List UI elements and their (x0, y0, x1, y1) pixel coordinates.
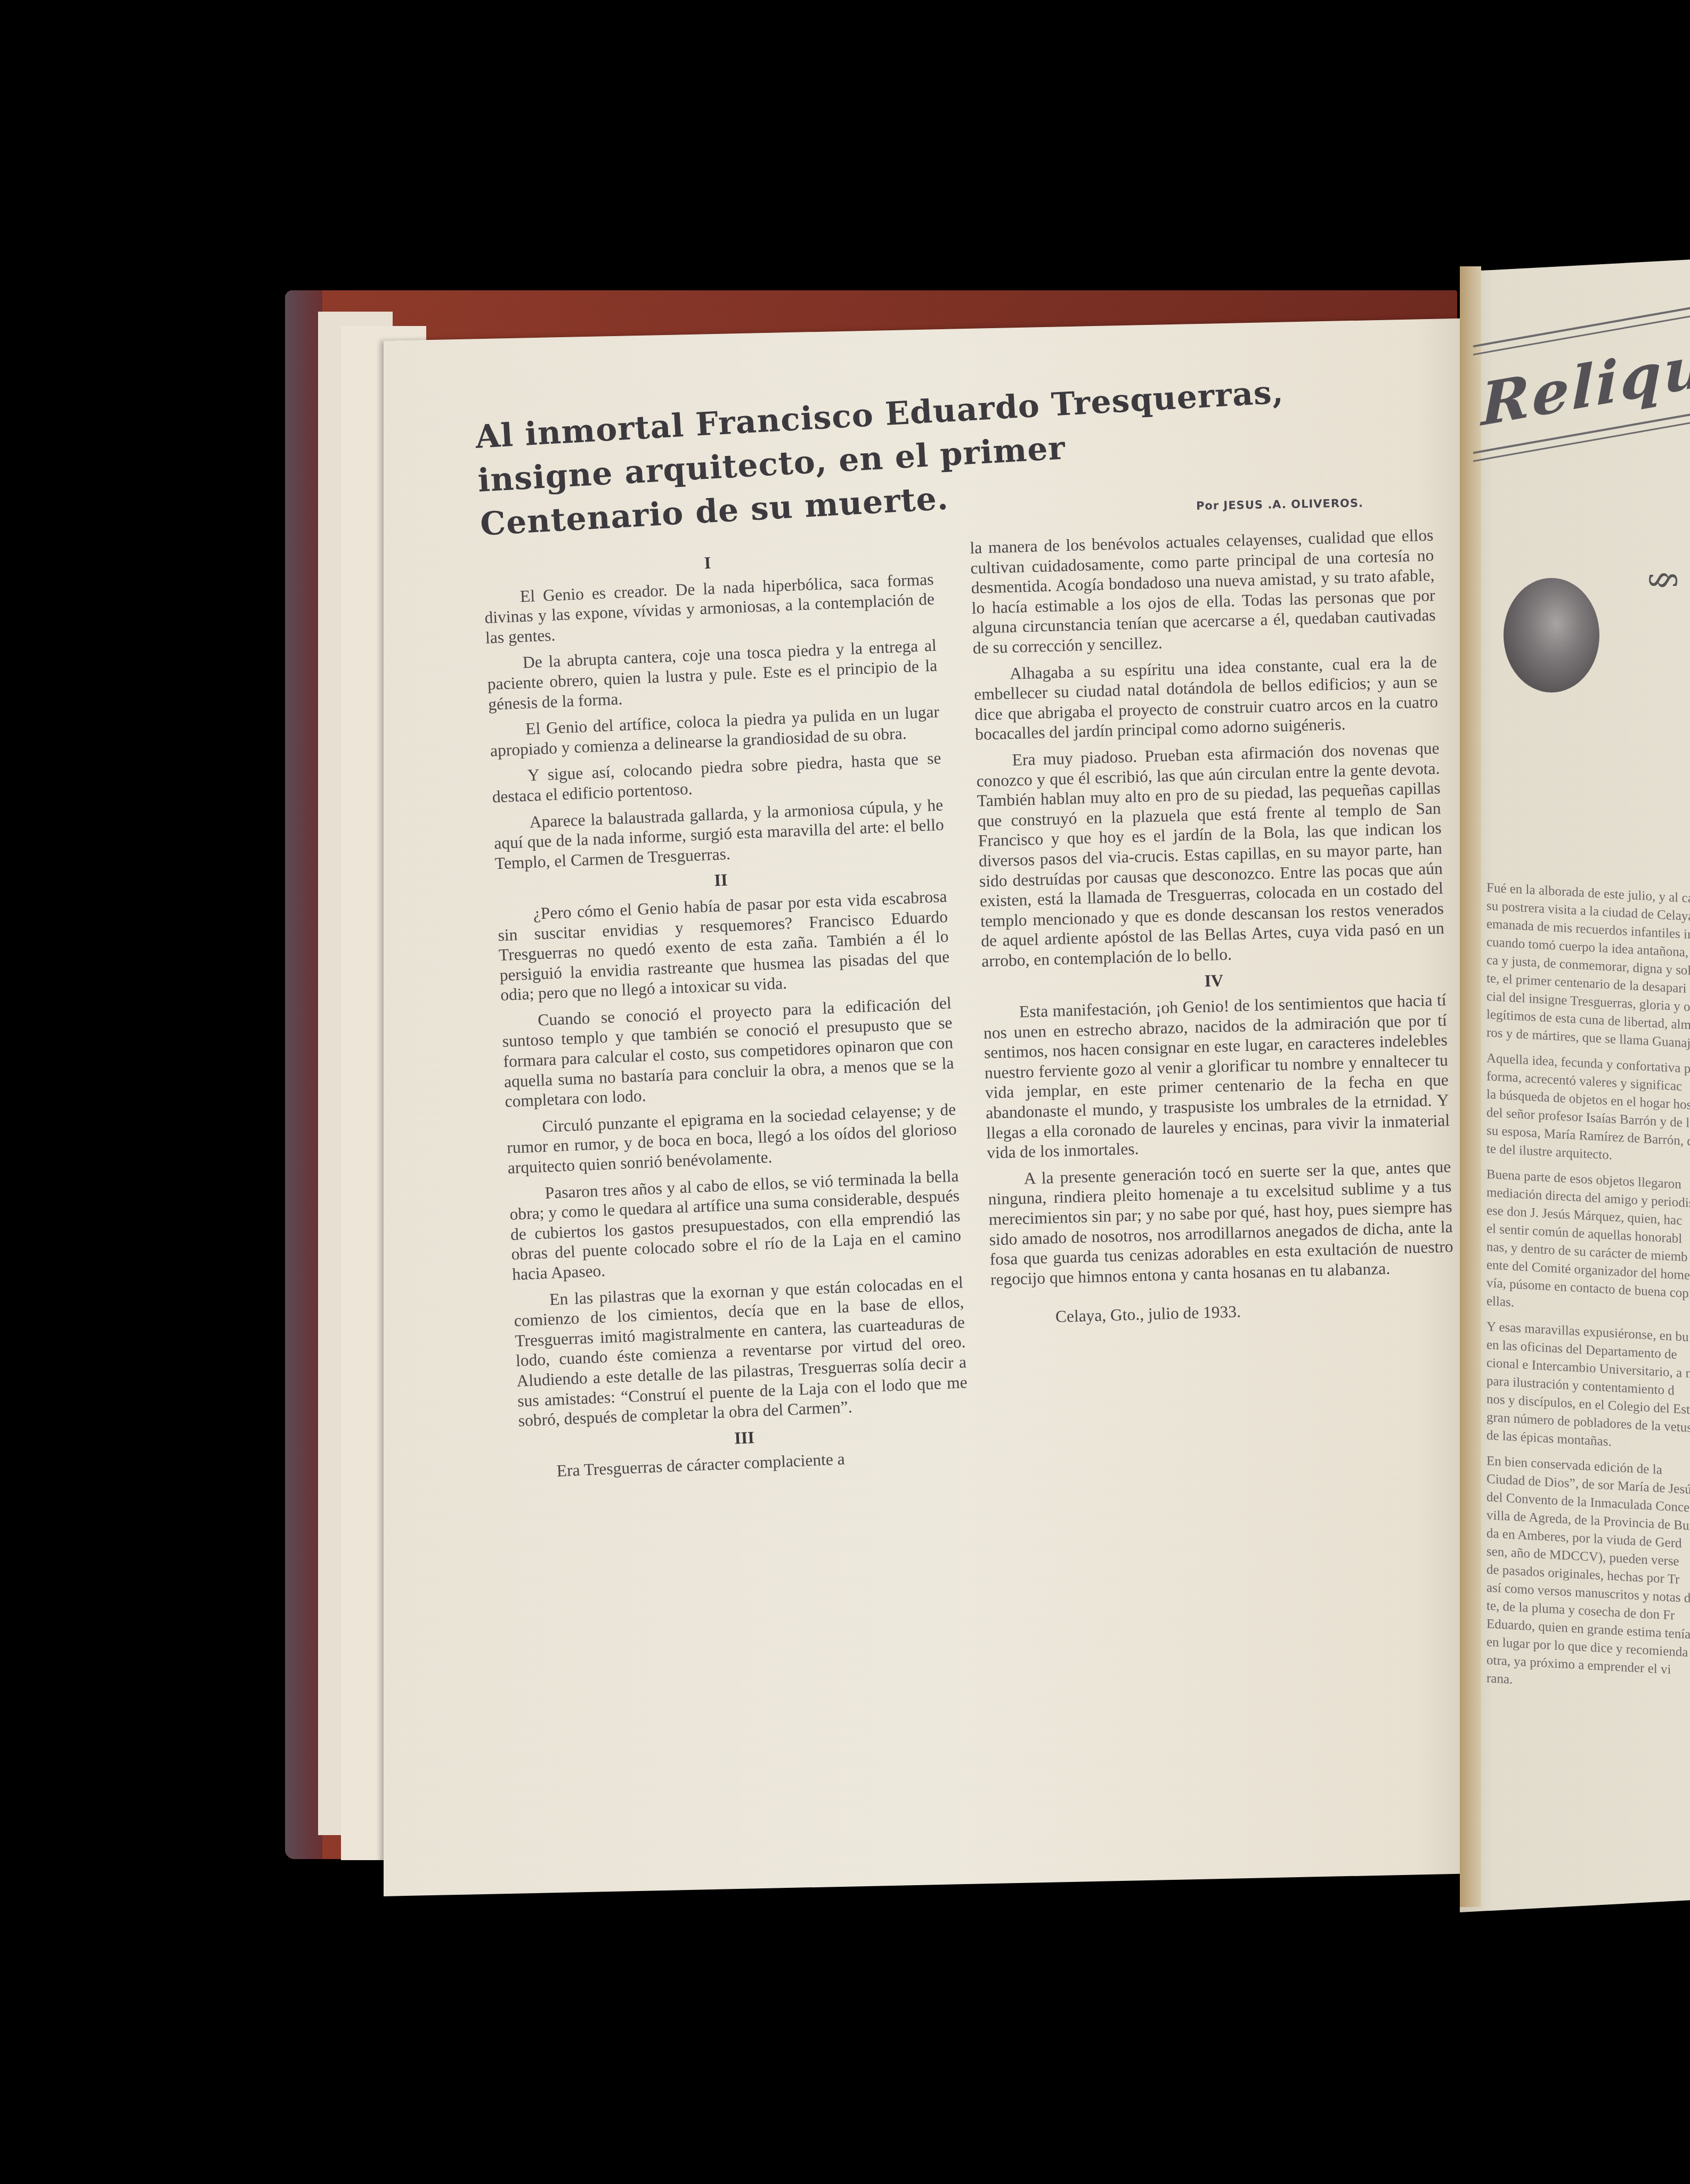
paragraph: Aparece la balaustrada gallarda, y la ar… (493, 795, 945, 874)
paragraph: la manera de los benévolos actuales cela… (970, 525, 1436, 658)
right-page-text-column: Fué en la alborada de este julio, y al c… (1486, 879, 1690, 1699)
dateline: Celaya, Gto., julio de 1933. (991, 1296, 1455, 1329)
right-page-gutter (1460, 266, 1481, 1907)
paragraph: Alhagaba a su espíritu una idea constant… (973, 651, 1439, 745)
book-cover-edge (285, 290, 322, 1859)
paragraph: ¿Pero cómo el Genio había de pasar por e… (497, 886, 950, 1005)
paragraph: Era muy piadoso. Prueban esta afirmación… (976, 738, 1445, 971)
paragraph: De la abrupta cantera, coje una tosca pi… (486, 635, 938, 714)
text-column-right: la manera de los benévolos actuales cela… (970, 525, 1455, 1335)
portrait-photo (1504, 578, 1599, 692)
paragraph: Circuló punzante el epigrama en la socie… (506, 1099, 958, 1178)
paragraph: Esta manifestación, ¡oh Genio! de los se… (982, 990, 1450, 1163)
ornament-icon: § (1644, 572, 1683, 589)
paragraph: El Genio es creador. De la nada hiperból… (483, 569, 936, 648)
paragraph: Pasaron tres años y al cabo de ellos, se… (508, 1166, 962, 1284)
paragraph: En las pilastras que la exornan y que es… (513, 1272, 969, 1431)
paragraph: A la presente generación tocó en suerte … (987, 1156, 1454, 1290)
paragraph: Cuando se conoció el proyecto para la ed… (501, 993, 955, 1112)
text-column-left: I El Genio es creador. De la nada hiperb… (482, 541, 971, 1489)
